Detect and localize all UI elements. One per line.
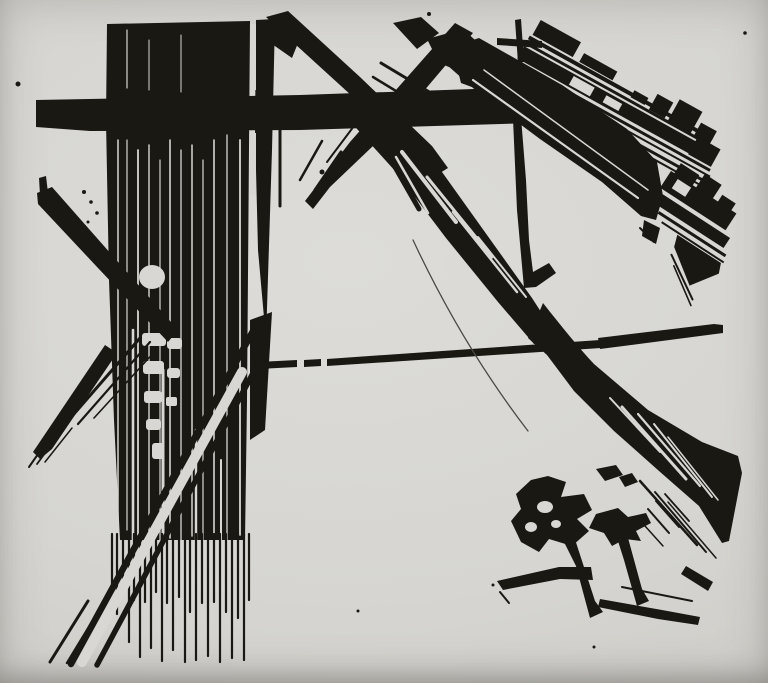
speck [357,610,360,613]
speck [16,82,21,87]
cluster-blob [511,476,592,552]
white-rivet [144,391,162,403]
mid-line-right [598,324,723,349]
speck [87,221,90,224]
speck [89,200,93,204]
column-slit [250,133,256,195]
cluster-blob-hole [525,522,537,532]
speck [320,170,325,175]
white-blob [139,265,165,289]
speck [220,71,224,75]
speck [95,211,99,215]
cluster-tail [598,599,700,625]
cluster-hatch [645,526,663,546]
abstract-ink-print [0,0,768,683]
white-rivet [146,419,161,430]
speck [427,12,431,16]
speck [593,646,596,649]
artwork-photo [0,0,768,683]
white-rivet [166,397,177,406]
cluster-blob-hole [537,501,553,513]
cluster-plane [589,508,651,546]
cluster-tail-line [622,587,692,601]
cluster-bird [596,465,623,481]
cluster-blob-hole [551,520,561,528]
speck [743,31,747,35]
mid-line-dash [304,359,321,367]
column-slit [250,24,256,90]
white-rivet [167,368,180,378]
cluster-dash-right [681,566,713,591]
cluster-tick [500,592,509,603]
bar-drip-diag [300,141,322,180]
column-right-stripe [255,19,275,340]
left-diagonal-nib [39,176,48,195]
speck [522,182,526,186]
white-rivet [143,361,164,374]
white-rivet [152,443,164,459]
speck [266,185,270,189]
speck [82,190,86,194]
girder-terminal [658,235,725,296]
speck [492,584,495,587]
